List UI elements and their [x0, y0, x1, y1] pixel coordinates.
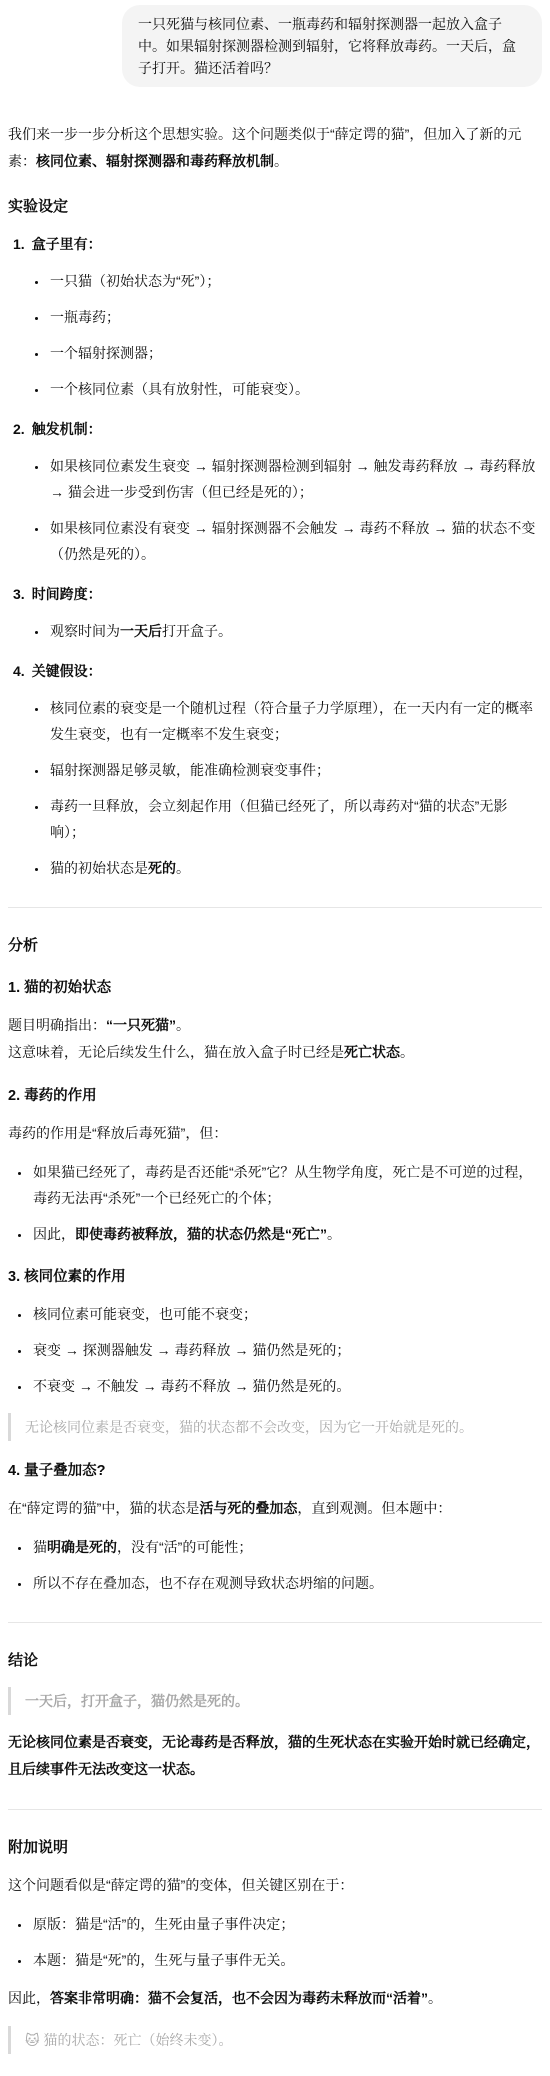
bold-text: 核同位素、辐射探测器和毒药释放机制: [36, 153, 274, 169]
text-run: 辐射探测器足够灵敏，能准确检测衰变事件；: [50, 762, 330, 778]
text-run: 题目明确指出：: [8, 1017, 106, 1033]
note-blockquote: 一天后，打开盒子，猫仍然是死的。: [8, 1687, 542, 1715]
bold-text: 明确是死的: [47, 1539, 117, 1555]
text-run: 分析: [8, 937, 38, 954]
bold-text: 盒子里有：: [32, 236, 102, 252]
section-heading: 结论: [8, 1649, 542, 1673]
chat-transcript: 一只死猫与核同位素、一瓶毒药和辐射探测器一起放入盒子中。如果辐射探测器检测到辐射…: [0, 0, 550, 2076]
text-run: 所以不存在叠加态，也不存在观测导致状态坍缩的问题。: [33, 1575, 383, 1591]
text-run: 。: [327, 1226, 341, 1242]
ordered-list-item: 2.触发机制：如果核同位素发生衰变 → 辐射探测器检测到辐射 → 触发毒药释放 …: [8, 416, 542, 567]
bullet-item: 观察时间为一天后打开盒子。: [48, 618, 542, 644]
ordered-list-item: 1.盒子里有：一只猫（初始状态为“死”）；一瓶毒药；一个辐射探测器；一个核同位素…: [8, 231, 542, 402]
assistant-paragraph: 这个问题看似是“薛定谔的猫”的变体，但关键区别在于：: [8, 1872, 542, 1899]
ordered-item-label: 盒子里有：: [32, 236, 102, 252]
ordered-item-label: 关键假设：: [32, 663, 102, 679]
bold-text: 无论核同位素是否衰变，无论毒药是否释放，猫的生死状态在实验开始时就已经确定，且后…: [8, 1734, 540, 1777]
bullet-list: 如果猫已经死了，毒药是否还能“杀死”它？从生物学角度，死亡是不可逆的过程，毒药无…: [8, 1159, 542, 1247]
ordered-list: 1.盒子里有：一只猫（初始状态为“死”）；一瓶毒药；一个辐射探测器；一个核同位素…: [8, 231, 542, 881]
text-run: ，直到观测。但本题中：: [297, 1500, 451, 1516]
text-run: 不衰变 → 不触发 → 毒药不释放 → 猫仍然是死的。: [33, 1378, 350, 1394]
ordered-item-number: 1.: [13, 236, 25, 252]
section-divider: [8, 1622, 542, 1623]
ordered-list-item: 3.时间跨度：观察时间为一天后打开盒子。: [8, 581, 542, 644]
note-blockquote: 🐱 猫的状态：死亡（始终未变）。: [8, 2026, 542, 2054]
text-run: 。: [176, 1017, 190, 1033]
text-run: 核同位素的衰变是一个随机过程（符合量子力学原理），在一天内有一定的概率发生衰变，…: [50, 700, 533, 742]
bold-text: 即使毒药被释放，猫的状态仍然是“死亡”: [75, 1226, 327, 1242]
text-run: 结论: [8, 1652, 38, 1669]
ordered-list-item: 4.关键假设：核同位素的衰变是一个随机过程（符合量子力学原理），在一天内有一定的…: [8, 658, 542, 881]
bullet-item: 猫明确是死的，没有“活”的可能性；: [31, 1534, 542, 1560]
assistant-paragraph: 题目明确指出：“一只死猫”。这意味着，无论后续发生什么，猫在放入盒子时已经是死亡…: [8, 1012, 542, 1066]
text-run: 🐱 猫的状态：死亡（始终未变）。: [25, 2032, 232, 2048]
bullet-item: 原版：猫是“活”的，生死由量子事件决定；: [31, 1911, 542, 1937]
text-run: 。: [400, 1044, 414, 1060]
bullet-item: 如果猫已经死了，毒药是否还能“杀死”它？从生物学角度，死亡是不可逆的过程，毒药无…: [31, 1159, 542, 1211]
subsection-heading: 4. 量子叠加态?: [8, 1459, 542, 1483]
bold-text: 时间跨度：: [32, 586, 102, 602]
bullet-item: 核同位素的衰变是一个随机过程（符合量子力学原理），在一天内有一定的概率发生衰变，…: [48, 695, 542, 747]
ordered-item-number: 2.: [13, 421, 25, 437]
bullet-item: 核同位素可能衰变，也可能不衰变；: [31, 1301, 542, 1327]
ordered-item-number: 3.: [13, 586, 25, 602]
bullet-list: 猫明确是死的，没有“活”的可能性；所以不存在叠加态，也不存在观测导致状态坍缩的问…: [8, 1534, 542, 1596]
bold-text: 死亡状态: [344, 1044, 400, 1060]
text-run: 这个问题看似是“薛定谔的猫”的变体，但关键区别在于：: [8, 1877, 353, 1893]
user-message-bubble: 一只死猫与核同位素、一瓶毒药和辐射探测器一起放入盒子中。如果辐射探测器检测到辐射…: [122, 5, 542, 87]
bullet-item: 因此，即使毒药被释放，猫的状态仍然是“死亡”。: [31, 1221, 542, 1247]
text-run: 观察时间为: [50, 623, 120, 639]
user-message-row: 一只死猫与核同位素、一瓶毒药和辐射探测器一起放入盒子中。如果辐射探测器检测到辐射…: [8, 5, 542, 87]
bullet-item: 辐射探测器足够灵敏，能准确检测衰变事件；: [48, 757, 542, 783]
bullet-item: 不衰变 → 不触发 → 毒药不释放 → 猫仍然是死的。: [31, 1373, 542, 1399]
bold-text: 一天后: [120, 623, 162, 639]
bullet-item: 一只猫（初始状态为“死”）；: [48, 268, 542, 294]
subsection-heading: 1. 猫的初始状态: [8, 976, 542, 1000]
bullet-item: 所以不存在叠加态，也不存在观测导致状态坍缩的问题。: [31, 1570, 542, 1596]
bold-text: 触发机制：: [32, 421, 102, 437]
text-run: 。: [428, 1990, 442, 2006]
bullet-item: 本题：猫是“死”的，生死与量子事件无关。: [31, 1947, 542, 1973]
assistant-paragraph: 毒药的作用是“释放后毒死猫”，但：: [8, 1120, 542, 1147]
ordered-item-title: 1.盒子里有：: [8, 231, 542, 258]
text-run: 打开盒子。: [162, 623, 232, 639]
text-run: 1. 猫的初始状态: [8, 980, 111, 996]
subsection-heading: 2. 毒药的作用: [8, 1084, 542, 1108]
text-run: ，没有“活”的可能性；: [117, 1539, 252, 1555]
text-run: 在“薛定谔的猫”中，猫的状态是: [8, 1500, 199, 1516]
text-run: 因此，: [8, 1990, 50, 2006]
bullet-item: 如果核同位素没有衰变 → 辐射探测器不会触发 → 毒药不释放 → 猫的状态不变（…: [48, 515, 542, 567]
text-run: 一个核同位素（具有放射性，可能衰变）。: [50, 381, 309, 397]
text-run: 。: [176, 860, 190, 876]
text-run: 因此，: [33, 1226, 75, 1242]
bullet-list: 原版：猫是“活”的，生死由量子事件决定；本题：猫是“死”的，生死与量子事件无关。: [8, 1911, 542, 1973]
text-run: 衰变 → 探测器触发 → 毒药释放 → 猫仍然是死的；: [33, 1342, 350, 1358]
text-run: 这意味着，无论后续发生什么，猫在放入盒子时已经是: [8, 1044, 344, 1060]
text-run: 附加说明: [8, 1839, 68, 1856]
bullet-item: 毒药一旦释放，会立刻起作用（但猫已经死了，所以毒药对“猫的状态”无影响）；: [48, 793, 542, 845]
text-run: 4. 量子叠加态?: [8, 1463, 105, 1479]
subsection-heading: 3. 核同位素的作用: [8, 1265, 542, 1289]
ordered-item-label: 时间跨度：: [32, 586, 102, 602]
bullet-list: 一只猫（初始状态为“死”）；一瓶毒药；一个辐射探测器；一个核同位素（具有放射性，…: [8, 268, 542, 402]
bullet-item: 一个核同位素（具有放射性，可能衰变）。: [48, 376, 542, 402]
bullet-list: 如果核同位素发生衰变 → 辐射探测器检测到辐射 → 触发毒药释放 → 毒药释放 …: [8, 453, 542, 567]
section-heading: 实验设定: [8, 195, 542, 219]
bullet-list: 观察时间为一天后打开盒子。: [8, 618, 542, 644]
assistant-paragraph: 在“薛定谔的猫”中，猫的状态是活与死的叠加态，直到观测。但本题中：: [8, 1495, 542, 1522]
bullet-item: 猫的初始状态是死的。: [48, 855, 542, 881]
text-run: 猫: [33, 1539, 47, 1555]
assistant-paragraph: 我们来一步一步分析这个思想实验。这个问题类似于“薛定谔的猫”，但加入了新的元素：…: [8, 121, 542, 175]
ordered-item-title: 4.关键假设：: [8, 658, 542, 685]
section-divider: [8, 1809, 542, 1810]
text-run: 毒药的作用是“释放后毒死猫”，但：: [8, 1125, 227, 1141]
user-message-text: 一只死猫与核同位素、一瓶毒药和辐射探测器一起放入盒子中。如果辐射探测器检测到辐射…: [138, 16, 516, 76]
text-run: 2. 毒药的作用: [8, 1088, 97, 1104]
bold-text: 一天后，打开盒子，猫仍然是死的。: [25, 1693, 249, 1709]
text-run: 猫的初始状态是: [50, 860, 148, 876]
text-run: 如果核同位素发生衰变 → 辐射探测器检测到辐射 → 触发毒药释放 → 毒药释放 …: [50, 458, 535, 500]
ordered-item-number: 4.: [13, 663, 25, 679]
ordered-item-title: 3.时间跨度：: [8, 581, 542, 608]
ordered-item-label: 触发机制：: [32, 421, 102, 437]
bold-text: “一只死猫”: [106, 1017, 176, 1033]
bullet-item: 衰变 → 探测器触发 → 毒药释放 → 猫仍然是死的；: [31, 1337, 542, 1363]
section-heading: 附加说明: [8, 1836, 542, 1860]
text-run: 实验设定: [8, 198, 68, 215]
bullet-item: 一瓶毒药；: [48, 304, 542, 330]
text-run: 无论核同位素是否衰变，猫的状态都不会改变，因为它一开始就是死的。: [25, 1419, 473, 1435]
assistant-paragraph: 无论核同位素是否衰变，无论毒药是否释放，猫的生死状态在实验开始时就已经确定，且后…: [8, 1729, 542, 1783]
bold-text: 关键假设：: [32, 663, 102, 679]
ordered-item-title: 2.触发机制：: [8, 416, 542, 443]
section-divider: [8, 907, 542, 908]
bullet-item: 一个辐射探测器；: [48, 340, 542, 366]
text-run: 本题：猫是“死”的，生死与量子事件无关。: [33, 1952, 294, 1968]
bullet-item: 如果核同位素发生衰变 → 辐射探测器检测到辐射 → 触发毒药释放 → 毒药释放 …: [48, 453, 542, 505]
note-blockquote: 无论核同位素是否衰变，猫的状态都不会改变，因为它一开始就是死的。: [8, 1413, 542, 1441]
text-run: 如果核同位素没有衰变 → 辐射探测器不会触发 → 毒药不释放 → 猫的状态不变（…: [50, 520, 535, 562]
text-run: 毒药一旦释放，会立刻起作用（但猫已经死了，所以毒药对“猫的状态”无影响）；: [50, 798, 507, 840]
text-run: 3. 核同位素的作用: [8, 1269, 126, 1285]
text-run: 一个辐射探测器；: [50, 345, 162, 361]
assistant-paragraph: 因此，答案非常明确：猫不会复活，也不会因为毒药未释放而“活着”。: [8, 1985, 542, 2012]
bullet-list: 核同位素可能衰变，也可能不衰变；衰变 → 探测器触发 → 毒药释放 → 猫仍然是…: [8, 1301, 542, 1399]
bold-text: 活与死的叠加态: [199, 1500, 297, 1516]
assistant-message: 我们来一步一步分析这个思想实验。这个问题类似于“薛定谔的猫”，但加入了新的元素：…: [8, 121, 542, 2054]
text-run: 核同位素可能衰变，也可能不衰变；: [33, 1306, 257, 1322]
bold-text: 死的: [148, 860, 176, 876]
text-run: 一瓶毒药；: [50, 309, 120, 325]
bullet-list: 核同位素的衰变是一个随机过程（符合量子力学原理），在一天内有一定的概率发生衰变，…: [8, 695, 542, 881]
section-heading: 分析: [8, 934, 542, 958]
text-run: 如果猫已经死了，毒药是否还能“杀死”它？从生物学角度，死亡是不可逆的过程，毒药无…: [33, 1164, 532, 1206]
bold-text: 答案非常明确：猫不会复活，也不会因为毒药未释放而“活着”: [50, 1990, 428, 2006]
text-run: 。: [274, 153, 288, 169]
text-run: 一只猫（初始状态为“死”）；: [50, 273, 220, 289]
text-run: 原版：猫是“活”的，生死由量子事件决定；: [33, 1916, 294, 1932]
